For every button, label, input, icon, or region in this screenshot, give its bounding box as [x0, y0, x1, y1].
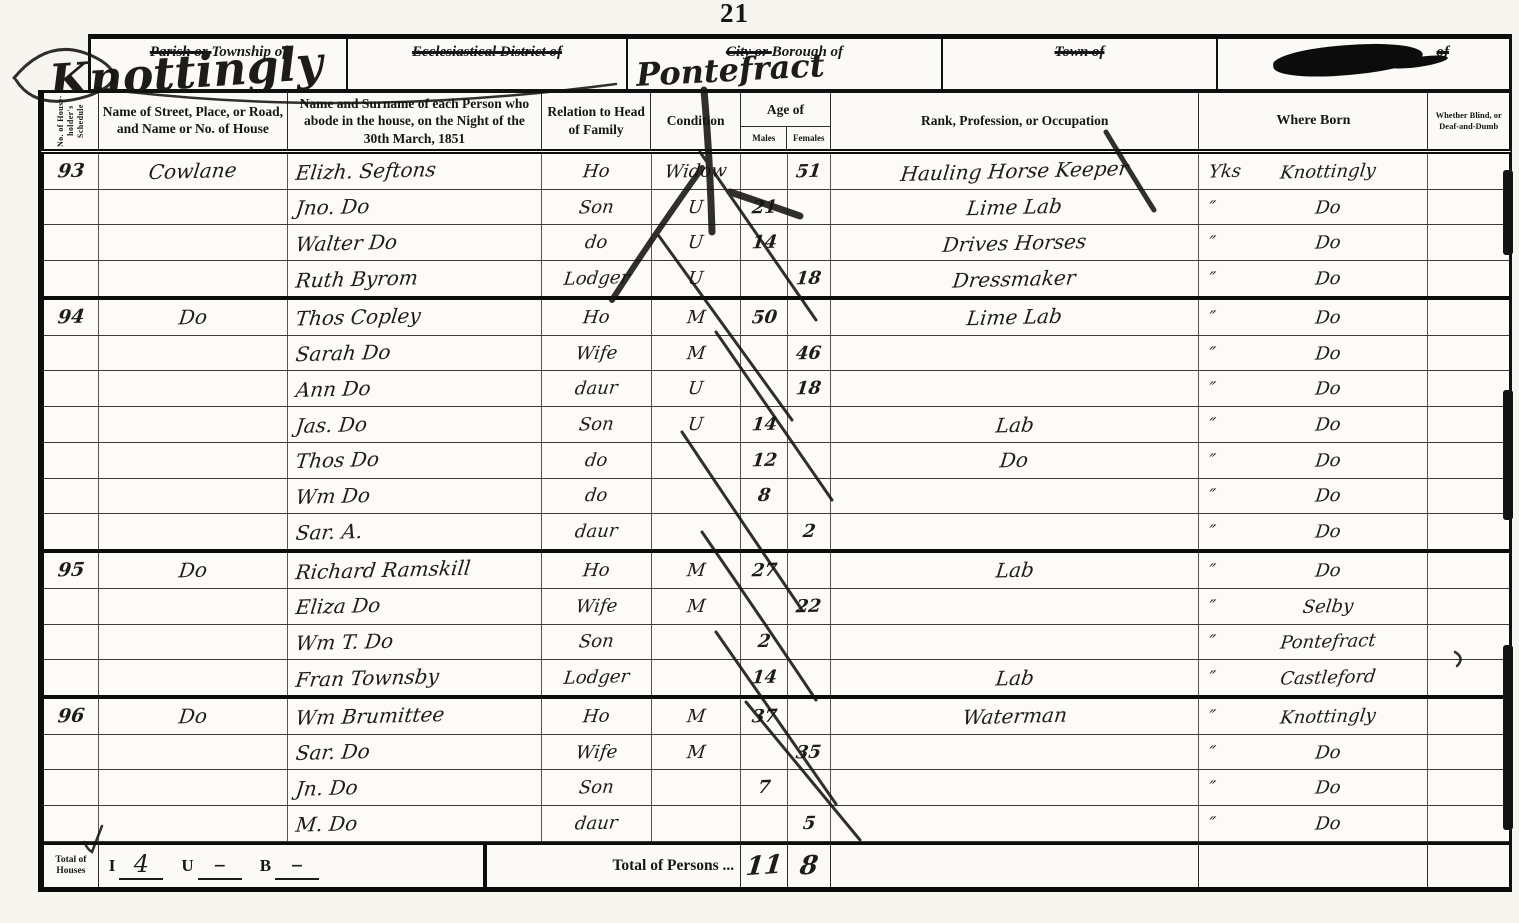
name-cell: Thos Do	[288, 443, 542, 478]
parish-label: Parish or Township of	[91, 44, 346, 61]
where-born-cell: ″Do	[1199, 336, 1428, 371]
district-box-ecclesiastical: Ecclesiastical District of	[348, 39, 628, 89]
condition-cell	[652, 770, 742, 805]
age-males-cell: 14	[741, 660, 788, 695]
age-males-cell	[741, 514, 788, 549]
age-males-cell	[741, 261, 788, 296]
where-born-cell: ″Do	[1199, 479, 1428, 514]
name-cell: Jno. Do	[288, 190, 542, 225]
street-cell	[99, 443, 288, 478]
condition-cell: U	[652, 190, 742, 225]
col-header-infirm: Whether Blind, or Deaf-and-Dumb	[1428, 93, 1509, 149]
schedule-cell	[44, 735, 99, 770]
infirm-cell	[1428, 806, 1509, 841]
occupation-cell: Lab	[831, 660, 1199, 695]
total-persons-females: 8	[788, 845, 831, 887]
occupation-cell: Drives Horses	[831, 225, 1199, 260]
district-header-band: Parish or Township of Knottingly Ecclesi…	[88, 34, 1512, 92]
town-label: Town of	[943, 44, 1216, 61]
relation-cell: Son	[542, 407, 652, 442]
where-born-cell: ″Do	[1199, 407, 1428, 442]
infirm-cell	[1428, 660, 1509, 695]
where-born-cell: ″Do	[1199, 806, 1428, 841]
city-label-kept: Borough of	[772, 44, 843, 60]
street-cell	[99, 479, 288, 514]
occupation-cell	[831, 625, 1199, 660]
schedule-cell: 94	[44, 300, 99, 335]
name-cell: Jas. Do	[288, 407, 542, 442]
relation-cell: Son	[542, 770, 652, 805]
street-cell	[99, 261, 288, 296]
infirm-cell	[1428, 589, 1509, 624]
name-cell: Thos Copley	[288, 300, 542, 335]
occupation-cell: Lime Lab	[831, 190, 1199, 225]
schedule-cell	[44, 407, 99, 442]
age-females-cell: 18	[788, 371, 831, 406]
street-cell: Cowlane	[99, 154, 288, 189]
infirm-cell	[1428, 300, 1509, 335]
census-row: 94 Do Thos Copley Ho M 50 Lime Lab ″Do	[44, 300, 1509, 336]
age-males-cell	[741, 371, 788, 406]
census-row: Wm Do do 8 ″Do	[44, 479, 1509, 515]
schedule-cell	[44, 625, 99, 660]
census-row: Ann Do daur U 18 ″Do	[44, 371, 1509, 407]
name-cell: M. Do	[288, 806, 542, 841]
infirm-cell	[1428, 407, 1509, 442]
street-cell	[99, 660, 288, 695]
census-row: 96 Do Wm Brumittee Ho M 37 Waterman ″Kno…	[44, 699, 1509, 735]
occupation-cell: Do	[831, 443, 1199, 478]
houses-uninhabited-label: U	[181, 856, 193, 876]
condition-cell: M	[652, 336, 742, 371]
occupation-cell	[831, 479, 1199, 514]
street-cell: Do	[99, 699, 288, 734]
col-header-where-born: Where Born	[1199, 93, 1428, 149]
totals-empty-infirm	[1428, 845, 1509, 887]
street-cell	[99, 371, 288, 406]
houses-building-label: B	[260, 856, 271, 876]
infirm-cell	[1428, 371, 1509, 406]
schedule-cell	[44, 371, 99, 406]
col-header-name: Name and Surname of each Person who abod…	[288, 93, 542, 149]
street-cell	[99, 336, 288, 371]
age-females-cell: 46	[788, 336, 831, 371]
age-females-cell	[788, 699, 831, 734]
relation-cell: Ho	[542, 300, 652, 335]
age-females-cell	[788, 225, 831, 260]
occupation-cell: Waterman	[831, 699, 1199, 734]
ecclesiastical-label: Ecclesiastical District of	[348, 44, 626, 61]
age-females-cell	[788, 660, 831, 695]
schedule-cell	[44, 190, 99, 225]
district-box-blotted: of	[1218, 39, 1509, 89]
condition-cell	[652, 443, 742, 478]
total-houses-label: Total of Houses	[44, 845, 99, 887]
name-cell: Sar. A.	[288, 514, 542, 549]
occupation-cell: Lime Lab	[831, 300, 1199, 335]
col-header-condition: Condition	[651, 93, 741, 149]
relation-cell: Wife	[542, 336, 652, 371]
age-males-cell: 7	[741, 770, 788, 805]
condition-cell	[652, 806, 742, 841]
schedule-cell	[44, 225, 99, 260]
where-born-cell: ″Do	[1199, 371, 1428, 406]
condition-cell: M	[652, 553, 742, 588]
census-row: M. Do daur 5 ″Do	[44, 806, 1509, 842]
age-females-cell	[788, 443, 831, 478]
relation-cell: Lodger	[542, 261, 652, 296]
relation-cell: Lodger	[542, 660, 652, 695]
infirm-cell	[1428, 699, 1509, 734]
where-born-cell: ″Do	[1199, 735, 1428, 770]
age-females-cell: 51	[788, 154, 831, 189]
name-cell: Sarah Do	[288, 336, 542, 371]
census-row: Jn. Do Son 7 ″Do	[44, 770, 1509, 806]
parish-label-kept: Township of	[211, 44, 287, 60]
infirm-cell	[1428, 625, 1509, 660]
infirm-cell	[1428, 190, 1509, 225]
where-born-cell: ″Selby	[1199, 589, 1428, 624]
name-cell: Fran Townsby	[288, 660, 542, 695]
where-born-cell: ″Do	[1199, 553, 1428, 588]
infirm-cell	[1428, 479, 1509, 514]
age-females-cell	[788, 300, 831, 335]
condition-cell: M	[652, 699, 742, 734]
infirm-cell	[1428, 225, 1509, 260]
district-box-parish: Parish or Township of Knottingly	[91, 39, 348, 89]
total-persons-males: 11	[741, 845, 788, 887]
col-header-males: Males	[741, 127, 787, 149]
where-born-cell: ″Do	[1199, 261, 1428, 296]
age-females-cell	[788, 770, 831, 805]
street-cell	[99, 735, 288, 770]
page-number: 21	[720, 0, 749, 29]
occupation-cell: Dressmaker	[831, 261, 1199, 296]
census-row: Sar. Do Wife M 35 ″Do	[44, 735, 1509, 771]
town-label-struck: Town of	[1055, 44, 1105, 60]
column-header-band: No. of House-holder's Schedule Name of S…	[38, 90, 1512, 154]
occupation-cell	[831, 806, 1199, 841]
census-row: Fran Townsby Lodger 14 Lab ″Castleford	[44, 660, 1509, 699]
schedule-cell: 93	[44, 154, 99, 189]
age-males-cell: 37	[741, 699, 788, 734]
scan-edge-artifact	[1503, 170, 1513, 255]
age-females-cell	[788, 625, 831, 660]
age-males-cell	[741, 806, 788, 841]
city-label-struck: City or	[726, 44, 772, 60]
where-born-cell: ″Pontefract	[1199, 625, 1428, 660]
street-cell	[99, 770, 288, 805]
name-cell: Walter Do	[288, 225, 542, 260]
schedule-cell: 95	[44, 553, 99, 588]
condition-cell	[652, 479, 742, 514]
schedule-cell	[44, 770, 99, 805]
infirm-cell	[1428, 770, 1509, 805]
scan-edge-artifact	[1503, 390, 1513, 520]
name-cell: Jn. Do	[288, 770, 542, 805]
age-males-cell: 12	[741, 443, 788, 478]
relation-cell: Ho	[542, 553, 652, 588]
schedule-cell	[44, 261, 99, 296]
condition-cell: M	[652, 300, 742, 335]
street-cell	[99, 589, 288, 624]
relation-cell: do	[542, 479, 652, 514]
relation-cell: Ho	[542, 154, 652, 189]
schedule-cell	[44, 443, 99, 478]
age-females-cell	[788, 407, 831, 442]
infirm-cell	[1428, 336, 1509, 371]
age-females-cell	[788, 190, 831, 225]
where-born-cell: ″Do	[1199, 443, 1428, 478]
col-header-age: Age of	[741, 93, 830, 127]
where-born-cell: ″Knottingly	[1199, 699, 1428, 734]
col-header-relation: Relation to Head of Family	[542, 93, 652, 149]
schedule-cell	[44, 514, 99, 549]
age-males-cell: 8	[741, 479, 788, 514]
name-cell: Wm Do	[288, 479, 542, 514]
occupation-cell	[831, 514, 1199, 549]
street-cell	[99, 407, 288, 442]
totals-empty-occupation	[831, 845, 1199, 887]
street-cell	[99, 806, 288, 841]
relation-cell: Son	[542, 625, 652, 660]
col-header-occupation: Rank, Profession, or Occupation	[831, 93, 1199, 149]
where-born-cell: ″Do	[1199, 770, 1428, 805]
age-males-cell	[741, 154, 788, 189]
condition-cell: U	[652, 225, 742, 260]
houses-uninhabited-value: –	[214, 850, 226, 878]
street-cell: Do	[99, 553, 288, 588]
street-cell	[99, 190, 288, 225]
age-males-cell: 50	[741, 300, 788, 335]
schedule-cell	[44, 336, 99, 371]
relation-cell: daur	[542, 806, 652, 841]
age-females-cell: 22	[788, 589, 831, 624]
age-males-cell: 14	[741, 407, 788, 442]
relation-cell: daur	[542, 371, 652, 406]
age-males-cell: 14	[741, 225, 788, 260]
occupation-cell	[831, 735, 1199, 770]
name-cell: Ann Do	[288, 371, 542, 406]
occupation-cell	[831, 336, 1199, 371]
census-row: Sar. A. daur 2 ″Do	[44, 514, 1509, 553]
relation-cell: Son	[542, 190, 652, 225]
totals-band: Total of Houses I 4 U – B – Total of Per…	[38, 842, 1512, 892]
name-cell: Ruth Byrom	[288, 261, 542, 296]
census-row: 93 Cowlane Elizh. Seftons Ho Widow 51 Ha…	[44, 154, 1509, 190]
parish-label-struck: Parish or	[150, 44, 212, 60]
census-row: Wm T. Do Son 2 ″Pontefract	[44, 625, 1509, 661]
age-males-cell	[741, 336, 788, 371]
houses-building-value: –	[291, 850, 303, 878]
condition-cell	[652, 625, 742, 660]
name-cell: Sar. Do	[288, 735, 542, 770]
total-houses-values: I 4 U – B –	[99, 845, 487, 887]
where-born-cell: ″Do	[1199, 300, 1428, 335]
district-box-city: City or Borough of Pontefract	[628, 39, 943, 89]
district-box-town: Town of	[943, 39, 1218, 89]
infirm-cell	[1428, 735, 1509, 770]
schedule-cell	[44, 660, 99, 695]
infirm-cell	[1428, 154, 1509, 189]
census-row: Eliza Do Wife M 22 ″Selby	[44, 589, 1509, 625]
col-header-age-group: Age of Males Females	[741, 93, 831, 149]
schedule-cell	[44, 479, 99, 514]
infirm-cell	[1428, 443, 1509, 478]
name-cell: Eliza Do	[288, 589, 542, 624]
condition-cell: U	[652, 261, 742, 296]
infirm-cell	[1428, 261, 1509, 296]
relation-cell: daur	[542, 514, 652, 549]
name-cell: Wm T. Do	[288, 625, 542, 660]
col-header-schedule: No. of House-holder's Schedule	[44, 93, 99, 149]
name-cell: Richard Ramskill	[288, 553, 542, 588]
relation-cell: Ho	[542, 699, 652, 734]
occupation-cell: Hauling Horse Keeper	[831, 154, 1199, 189]
name-cell: Elizh. Seftons	[288, 154, 542, 189]
age-females-cell: 2	[788, 514, 831, 549]
age-females-cell: 5	[788, 806, 831, 841]
census-form: Parish or Township of Knottingly Ecclesi…	[38, 34, 1512, 892]
infirm-cell	[1428, 514, 1509, 549]
condition-cell: Widow	[652, 154, 742, 189]
occupation-cell	[831, 770, 1199, 805]
relation-cell: Wife	[542, 589, 652, 624]
census-row: Jas. Do Son U 14 Lab ″Do	[44, 407, 1509, 443]
ecclesiastical-label-struck: Ecclesiastical District of	[412, 44, 562, 60]
relation-cell: do	[542, 443, 652, 478]
street-cell: Do	[99, 300, 288, 335]
name-cell: Wm Brumittee	[288, 699, 542, 734]
schedule-cell: 96	[44, 699, 99, 734]
age-males-cell	[741, 735, 788, 770]
houses-inhabited-label: I	[109, 856, 116, 876]
age-females-cell	[788, 553, 831, 588]
schedule-cell	[44, 806, 99, 841]
condition-cell: U	[652, 371, 742, 406]
age-males-cell	[741, 589, 788, 624]
age-females-cell	[788, 479, 831, 514]
age-males-cell: 27	[741, 553, 788, 588]
census-rows: 93 Cowlane Elizh. Seftons Ho Widow 51 Ha…	[38, 154, 1512, 842]
street-cell	[99, 625, 288, 660]
total-persons-label: Total of Persons ...	[487, 845, 741, 887]
where-born-cell: ″Do	[1199, 514, 1428, 549]
age-males-cell: 21	[741, 190, 788, 225]
infirm-cell	[1428, 553, 1509, 588]
condition-cell: U	[652, 407, 742, 442]
age-males-cell: 2	[741, 625, 788, 660]
totals-empty-born	[1199, 845, 1428, 887]
age-females-cell: 35	[788, 735, 831, 770]
where-born-cell: YksKnottingly	[1199, 154, 1428, 189]
census-scan-page: 21 Parish or Township of Knottingly Eccl…	[0, 0, 1519, 923]
occupation-cell	[831, 371, 1199, 406]
street-cell	[99, 514, 288, 549]
street-cell	[99, 225, 288, 260]
census-row: Ruth Byrom Lodger U 18 Dressmaker ″Do	[44, 261, 1509, 300]
relation-cell: do	[542, 225, 652, 260]
where-born-cell: ″Do	[1199, 190, 1428, 225]
col-header-street: Name of Street, Place, or Road, and Name…	[99, 93, 288, 149]
condition-cell: M	[652, 589, 742, 624]
col-header-females: Females	[787, 127, 830, 149]
schedule-cell	[44, 589, 99, 624]
where-born-cell: ″Do	[1199, 225, 1428, 260]
condition-cell: M	[652, 735, 742, 770]
occupation-cell: Lab	[831, 553, 1199, 588]
condition-cell	[652, 514, 742, 549]
census-row: Jno. Do Son U 21 Lime Lab ″Do	[44, 190, 1509, 226]
houses-inhabited-value: 4	[134, 850, 149, 878]
where-born-cell: ″Castleford	[1199, 660, 1428, 695]
census-row: Thos Do do 12 Do ″Do	[44, 443, 1509, 479]
census-row: Sarah Do Wife M 46 ″Do	[44, 336, 1509, 372]
age-females-cell: 18	[788, 261, 831, 296]
city-label: City or Borough of	[628, 44, 941, 61]
scan-edge-artifact	[1503, 645, 1513, 830]
relation-cell: Wife	[542, 735, 652, 770]
census-row: Walter Do do U 14 Drives Horses ″Do	[44, 225, 1509, 261]
census-row: 95 Do Richard Ramskill Ho M 27 Lab ″Do	[44, 553, 1509, 589]
occupation-cell: Lab	[831, 407, 1199, 442]
condition-cell	[652, 660, 742, 695]
occupation-cell	[831, 589, 1199, 624]
